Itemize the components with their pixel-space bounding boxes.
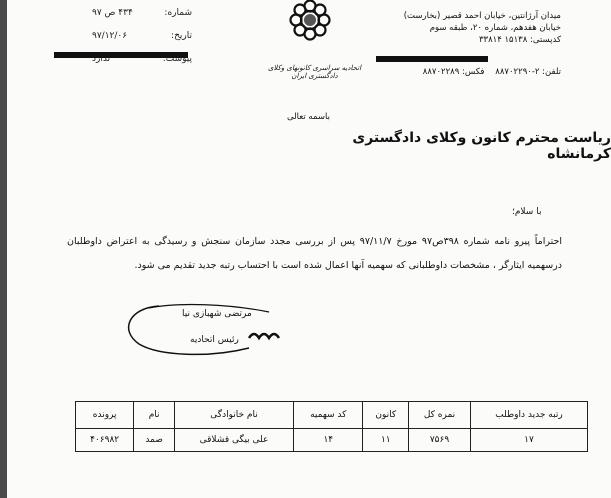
address-line-1: میدان آرژانتین، خیابان احمد قصیر (بخارست… [376, 10, 561, 22]
table-row: ۱۷ ۷۵۶۹ ۱۱ ۱۴ علی بیگی قشلاقی صمد ۴۰۶۹۸۲ [76, 429, 588, 452]
scan-edge [0, 0, 7, 498]
contact-line: تلفن: ۲-۸۸۷۰۲۲۹۰ فکس: ۸۸۷۰۲۲۸۹ [376, 67, 561, 77]
recipient-title: ریاست محترم کانون وکلای دادگستری کرمانشا… [305, 130, 611, 162]
cell-bar-association: ۱۱ [363, 429, 409, 452]
header-quota-code: کد سهمیه [294, 402, 363, 429]
body-paragraph: احتراماً پیرو نامه شماره ۳۹۸ص۹۷ مورخ ۹۷/… [67, 230, 562, 278]
header-file-number: پرونده [76, 402, 134, 429]
table-header-row: رتبه جدید داوطلب نمره کل کانون کد سهمیه … [76, 402, 588, 429]
letter-page: شماره:۴۳۴ ص ۹۷ تاریخ:۹۷/۱۲/۰۶ پیوست:ندار… [7, 0, 611, 498]
header-total-score: نمره کل [409, 402, 471, 429]
redaction-bar-right [376, 56, 488, 62]
date-value: ۹۷/۱۲/۰۶ [92, 31, 127, 41]
fax: فکس: ۸۸۷۰۲۲۸۹ [423, 67, 485, 77]
number-label: شماره: [164, 8, 192, 18]
signatory-role: رئیس اتحادیه [190, 335, 239, 345]
cell-new-rank: ۱۷ [470, 429, 587, 452]
date-label: تاریخ: [171, 31, 192, 41]
letter-meta: شماره:۴۳۴ ص ۹۷ تاریخ:۹۷/۱۲/۰۶ پیوست:ندار… [92, 8, 192, 77]
invocation: باسمه تعالی [287, 112, 330, 122]
emblem-logo-icon [282, 0, 338, 52]
cell-file-number: ۴۰۶۹۸۲ [76, 429, 134, 452]
candidate-table: رتبه جدید داوطلب نمره کل کانون کد سهمیه … [75, 401, 588, 452]
cell-quota-code: ۱۴ [294, 429, 363, 452]
header-new-rank: رتبه جدید داوطلب [470, 402, 587, 429]
number-value: ۴۳۴ ص ۹۷ [92, 8, 133, 18]
address-block: میدان آرژانتین، خیابان احمد قصیر (بخارست… [376, 10, 561, 46]
cell-first-name: صمد [134, 429, 175, 452]
organization-name: اتحادیه سراسری کانونهای وکلای دادگستری ا… [267, 64, 362, 80]
header-first-name: نام [134, 402, 175, 429]
address-line-2: خیابان هفدهم، شماره ۲۰، طبقه سوم [376, 22, 561, 34]
header-last-name: نام خانوادگی [174, 402, 293, 429]
signatory-name: مرتضی شهبازی نیا [182, 309, 252, 319]
greeting: با سلام؛ [512, 207, 541, 217]
cell-total-score: ۷۵۶۹ [409, 429, 471, 452]
header-bar-association: کانون [363, 402, 409, 429]
redaction-bar-left [54, 52, 188, 58]
cell-last-name: علی بیگی قشلاقی [174, 429, 293, 452]
phone: تلفن: ۲-۸۸۷۰۲۲۹۰ [495, 67, 561, 77]
postal-code: کدپستی: ۱۵۱۳۸ ۳۳۸۱۴ [376, 34, 561, 46]
